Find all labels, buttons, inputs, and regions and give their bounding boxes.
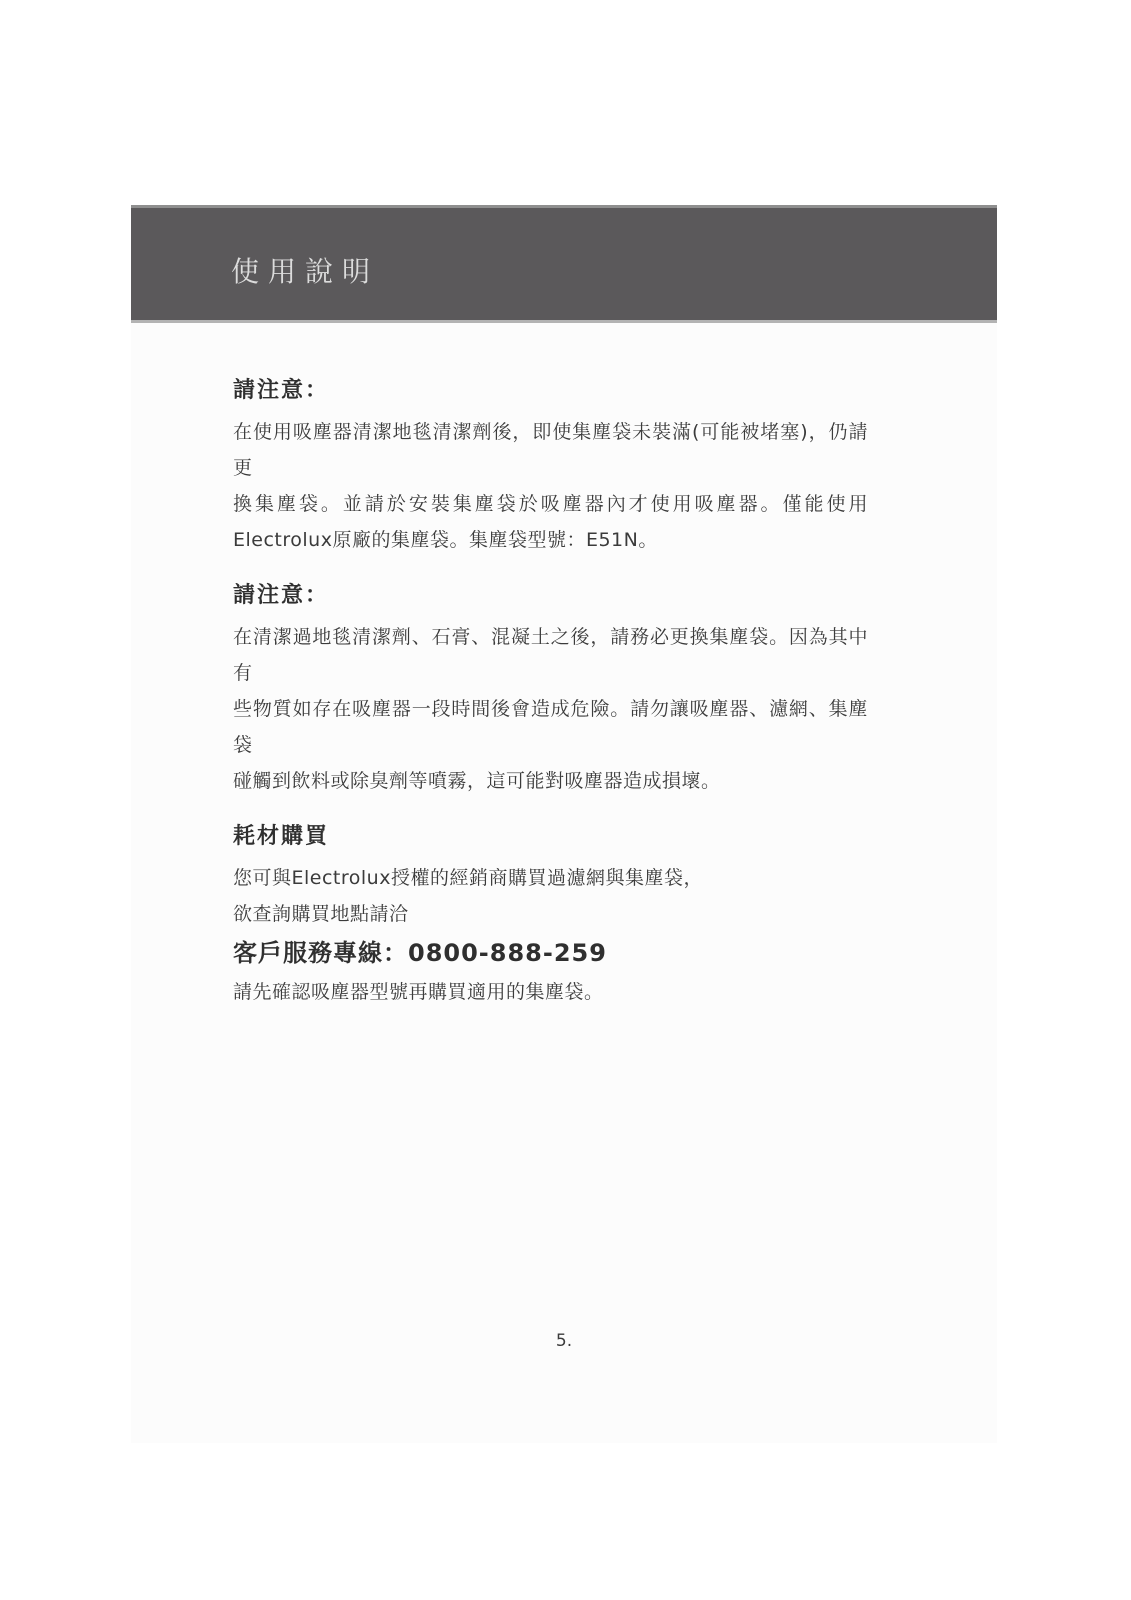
section-heading: 請注意： [233,578,868,609]
paragraph-line: 換集塵袋。並請於安裝集塵袋於吸塵器內才使用吸塵器。僅能使用 [233,486,868,522]
customer-service-hotline: 客戶服務專線：0800-888-259 [233,932,868,974]
section-consumables: 耗材購買 您可與Electrolux授權的經銷商購買過濾網與集塵袋， 欲查詢購買… [233,819,868,1010]
section-notice-2: 請注意： 在清潔過地毯清潔劑、石膏、混凝土之後，請務必更換集塵袋。因為其中有 些… [233,578,868,799]
section-notice-1: 請注意： 在使用吸塵器清潔地毯清潔劑後，即使集塵袋未裝滿(可能被堵塞)，仍請更 … [233,373,868,558]
page-number: 5. [131,1331,997,1351]
paragraph-line: 在使用吸塵器清潔地毯清潔劑後，即使集塵袋未裝滿(可能被堵塞)，仍請更 [233,414,868,486]
page-sheet: 使用說明 請注意： 在使用吸塵器清潔地毯清潔劑後，即使集塵袋未裝滿(可能被堵塞)… [131,205,997,1443]
header-band: 使用說明 [131,205,997,323]
page-content: 請注意： 在使用吸塵器清潔地毯清潔劑後，即使集塵袋未裝滿(可能被堵塞)，仍請更 … [131,323,997,1010]
section-heading: 耗材購買 [233,819,868,850]
page-title: 使用說明 [231,238,379,290]
document-page: { "header": { "title": "使用說明" }, "sectio… [0,0,1131,1600]
paragraph-line: 您可與Electrolux授權的經銷商購買過濾網與集塵袋， [233,860,868,896]
paragraph-line: 在清潔過地毯清潔劑、石膏、混凝土之後，請務必更換集塵袋。因為其中有 [233,619,868,691]
paragraph-line: 碰觸到飲料或除臭劑等噴霧，這可能對吸塵器造成損壞。 [233,763,868,799]
model-check-note: 請先確認吸塵器型號再購買適用的集塵袋。 [233,974,868,1010]
paragraph-line: 些物質如存在吸塵器一段時間後會造成危險。請勿讓吸塵器、濾網、集塵袋 [233,691,868,763]
paragraph-line: 欲查詢購買地點請洽 [233,896,868,932]
paragraph-line: Electrolux原廠的集塵袋。集塵袋型號：E51N。 [233,522,868,558]
section-heading: 請注意： [233,373,868,404]
